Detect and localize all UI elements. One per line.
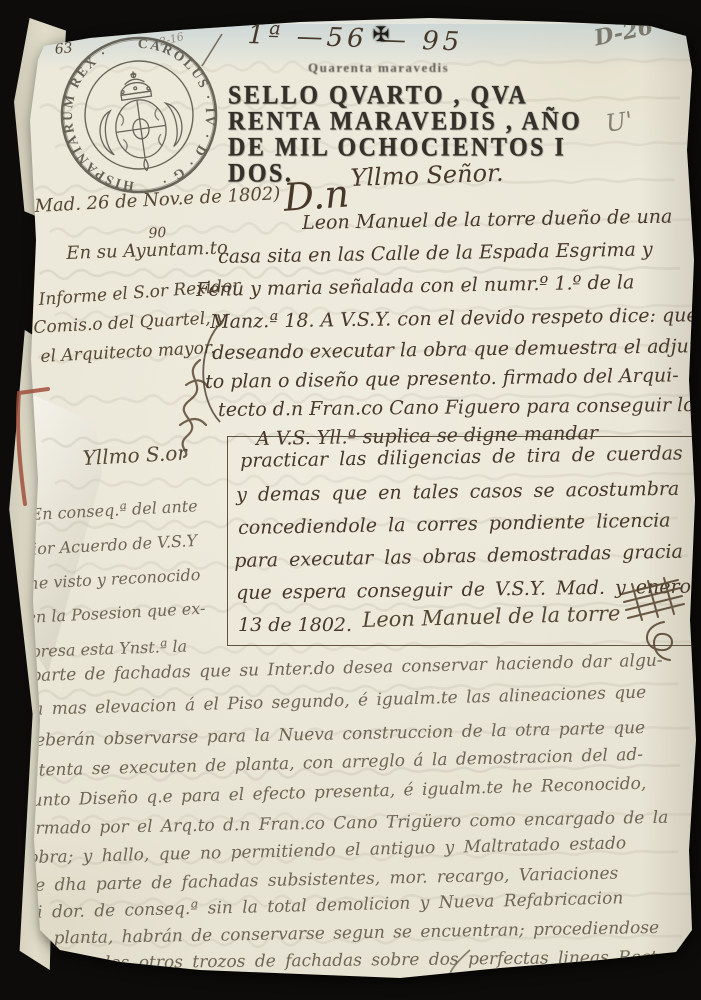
stamp-small-print: Quarenta maravedis (308, 60, 449, 76)
red-ink-mark (8, 382, 56, 512)
seal-legend-left: HISPANIARUM REX · (50, 43, 137, 203)
descender-flourish (430, 948, 490, 1000)
coat-of-arms (96, 94, 187, 176)
stamp-line-2: RENTA MARAVEDIS , AÑO (228, 108, 582, 137)
manuscript-photo: 63 CAROLUS · IV · D · G · HISPANIARUM RE… (0, 0, 701, 1000)
salutation: Yllmo Señor. (350, 159, 504, 192)
stamp-line-1: SELLO QVARTO , QVA (228, 82, 528, 111)
crown-icon (118, 69, 151, 100)
printer-mark: ✠ (372, 22, 390, 46)
stamp-line-3: DE MIL OCHOCIENTOS I (228, 134, 566, 163)
svg-text:HISPANIARUM REX ·: HISPANIARUM REX · (50, 43, 137, 203)
petition-brace (194, 322, 224, 427)
pen-stroke (196, 30, 226, 70)
paper-sheet: 63 CAROLUS · IV · D · G · HISPANIARUM RE… (0, 0, 701, 1000)
pencil-mark: U' (604, 106, 634, 137)
paper-sheet-wrap: 63 CAROLUS · IV · D · G · HISPANIARUM RE… (0, 0, 701, 1000)
boxed-date: 13 de 1802. (238, 614, 352, 636)
